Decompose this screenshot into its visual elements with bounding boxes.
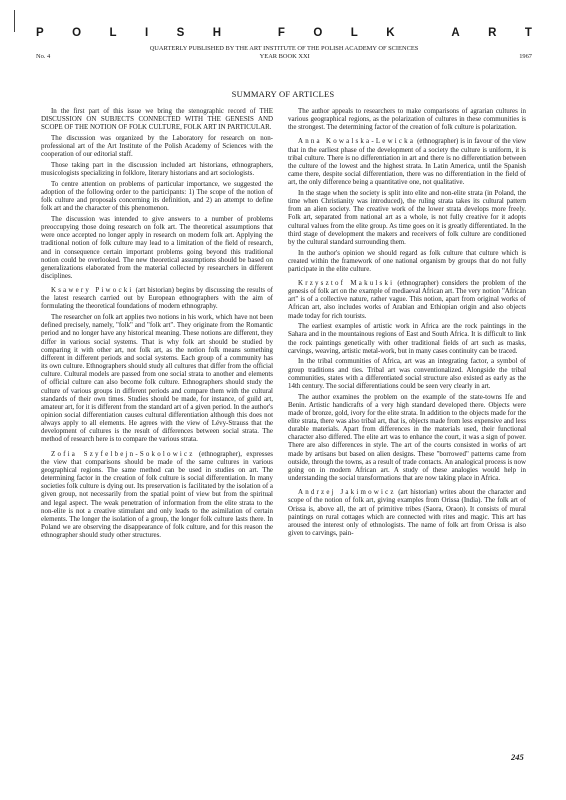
masthead-letter: T [525, 27, 532, 39]
author-name: Anna Kowalska-Lewicka [298, 137, 415, 145]
section-title: SUMMARY OF ARTICLES [0, 89, 566, 99]
masthead-letter: I [145, 27, 148, 39]
paragraph: In the stage when the society is split i… [288, 189, 526, 246]
author-name: Ksawery Piwocki [51, 286, 134, 294]
masthead-letter: S [177, 27, 185, 39]
masthead-letter: L [110, 27, 117, 39]
masthead-letter: O [72, 27, 81, 39]
author-name: Andrzej Jakimowicz [298, 488, 396, 496]
paragraph: In the author's opinion we should regard… [288, 249, 526, 273]
issue-number: No. 4 [36, 53, 50, 61]
paragraph-body: (ethnographer), expresses the view that … [41, 450, 273, 540]
masthead-letter: O [313, 27, 322, 39]
masthead-letter: H [213, 27, 221, 39]
paragraph-body: (art historian) writes about the charact… [288, 488, 526, 537]
paragraph: The researcher on folk art applies two n… [41, 313, 273, 444]
author-name: Krzysztof Makulski [298, 279, 394, 287]
page-number: 245 [511, 752, 524, 762]
paragraph-author-jakimowicz: Andrzej Jakimowicz (art historian) write… [288, 488, 526, 537]
paragraph: The discussion was organized by the Labo… [41, 134, 273, 158]
journal-subheader: QUARTERLY PUBLISHED BY THE ART INSTITUTE… [36, 45, 532, 60]
paragraph-author-szyfelbejn: Zofia Szyfelbejn-Sokolowicz (ethnographe… [41, 450, 273, 540]
yearbook-label: YEAR BOOK XXI [260, 53, 310, 61]
paragraph: To centre attention on problems of parti… [41, 180, 273, 213]
masthead-letter: F [278, 27, 285, 39]
paragraph: The earliest examples of artistic work i… [288, 322, 526, 355]
scan-edge-mark [14, 10, 15, 32]
author-name: Zofia Szyfelbejn-Sokolowicz [51, 450, 195, 458]
paragraph: The author examines the problem on the e… [288, 393, 526, 483]
paragraph-body: (ethnographer) is in favour of the view … [288, 137, 526, 186]
masthead-letter: A [451, 27, 459, 39]
left-column: In the first part of this issue we bring… [41, 107, 273, 542]
paragraph-author-makulski: Krzysztof Makulski (ethnographer) consid… [288, 279, 526, 320]
masthead-letter: L [351, 27, 358, 39]
paragraph: The author appeals to researchers to mak… [288, 107, 526, 131]
masthead-letter: K [386, 27, 394, 39]
right-column: The author appeals to researchers to mak… [288, 107, 526, 540]
masthead-letter: R [488, 27, 496, 39]
paragraph: Those taking part in the discussion incl… [41, 161, 273, 177]
journal-masthead: P O L I S H F O L K A R T [36, 27, 532, 39]
paragraph-author-piwocki: Ksawery Piwocki (art historian) begins b… [41, 286, 273, 310]
publisher-line: QUARTERLY PUBLISHED BY THE ART INSTITUTE… [36, 45, 532, 53]
paragraph: In the tribal communities of Africa, art… [288, 357, 526, 390]
paragraph: The discussion was intended to give answ… [41, 215, 273, 280]
paragraph: In the first part of this issue we bring… [41, 107, 273, 131]
masthead-letter: P [36, 27, 44, 39]
publication-year: 1967 [519, 53, 532, 61]
paragraph-author-kowalska: Anna Kowalska-Lewicka (ethnographer) is … [288, 137, 526, 186]
